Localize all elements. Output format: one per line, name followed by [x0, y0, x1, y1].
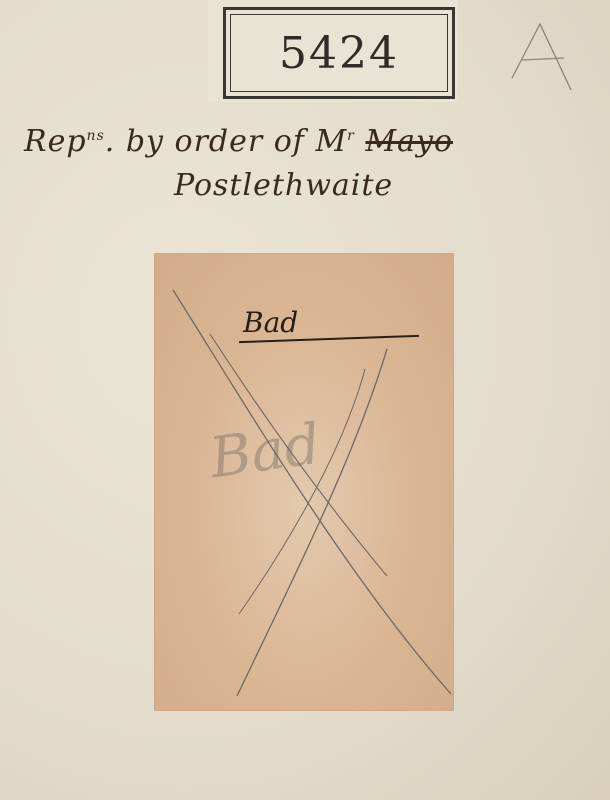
mounted-photo-card: Bad Bad: [155, 254, 453, 710]
accession-number: 5424: [279, 28, 399, 79]
accession-label: 5424: [208, 0, 458, 102]
inscription-sup: ns: [87, 128, 105, 144]
handwritten-inscription: Repns. by order of Mr Mayo Postlethwaite: [24, 112, 584, 212]
struck-name: Mayo: [365, 124, 453, 159]
inscription-mr-sup: r: [347, 128, 355, 144]
inscription-line-1: Repns. by order of Mr Mayo: [24, 124, 453, 159]
inscription-by-order: . by order of M: [105, 124, 347, 159]
inscription-rep: Rep: [24, 124, 87, 159]
pencil-cross-out-icon: [155, 254, 453, 710]
label-inner-frame: 5424: [230, 14, 448, 92]
corner-pencil-mark: [500, 10, 590, 90]
inscription-line-2: Postlethwaite: [174, 168, 393, 203]
letter-a-icon: [500, 10, 590, 90]
album-page: 5424 Repns. by order of Mr Mayo Postleth…: [0, 0, 610, 800]
label-frame: 5424: [223, 7, 455, 99]
